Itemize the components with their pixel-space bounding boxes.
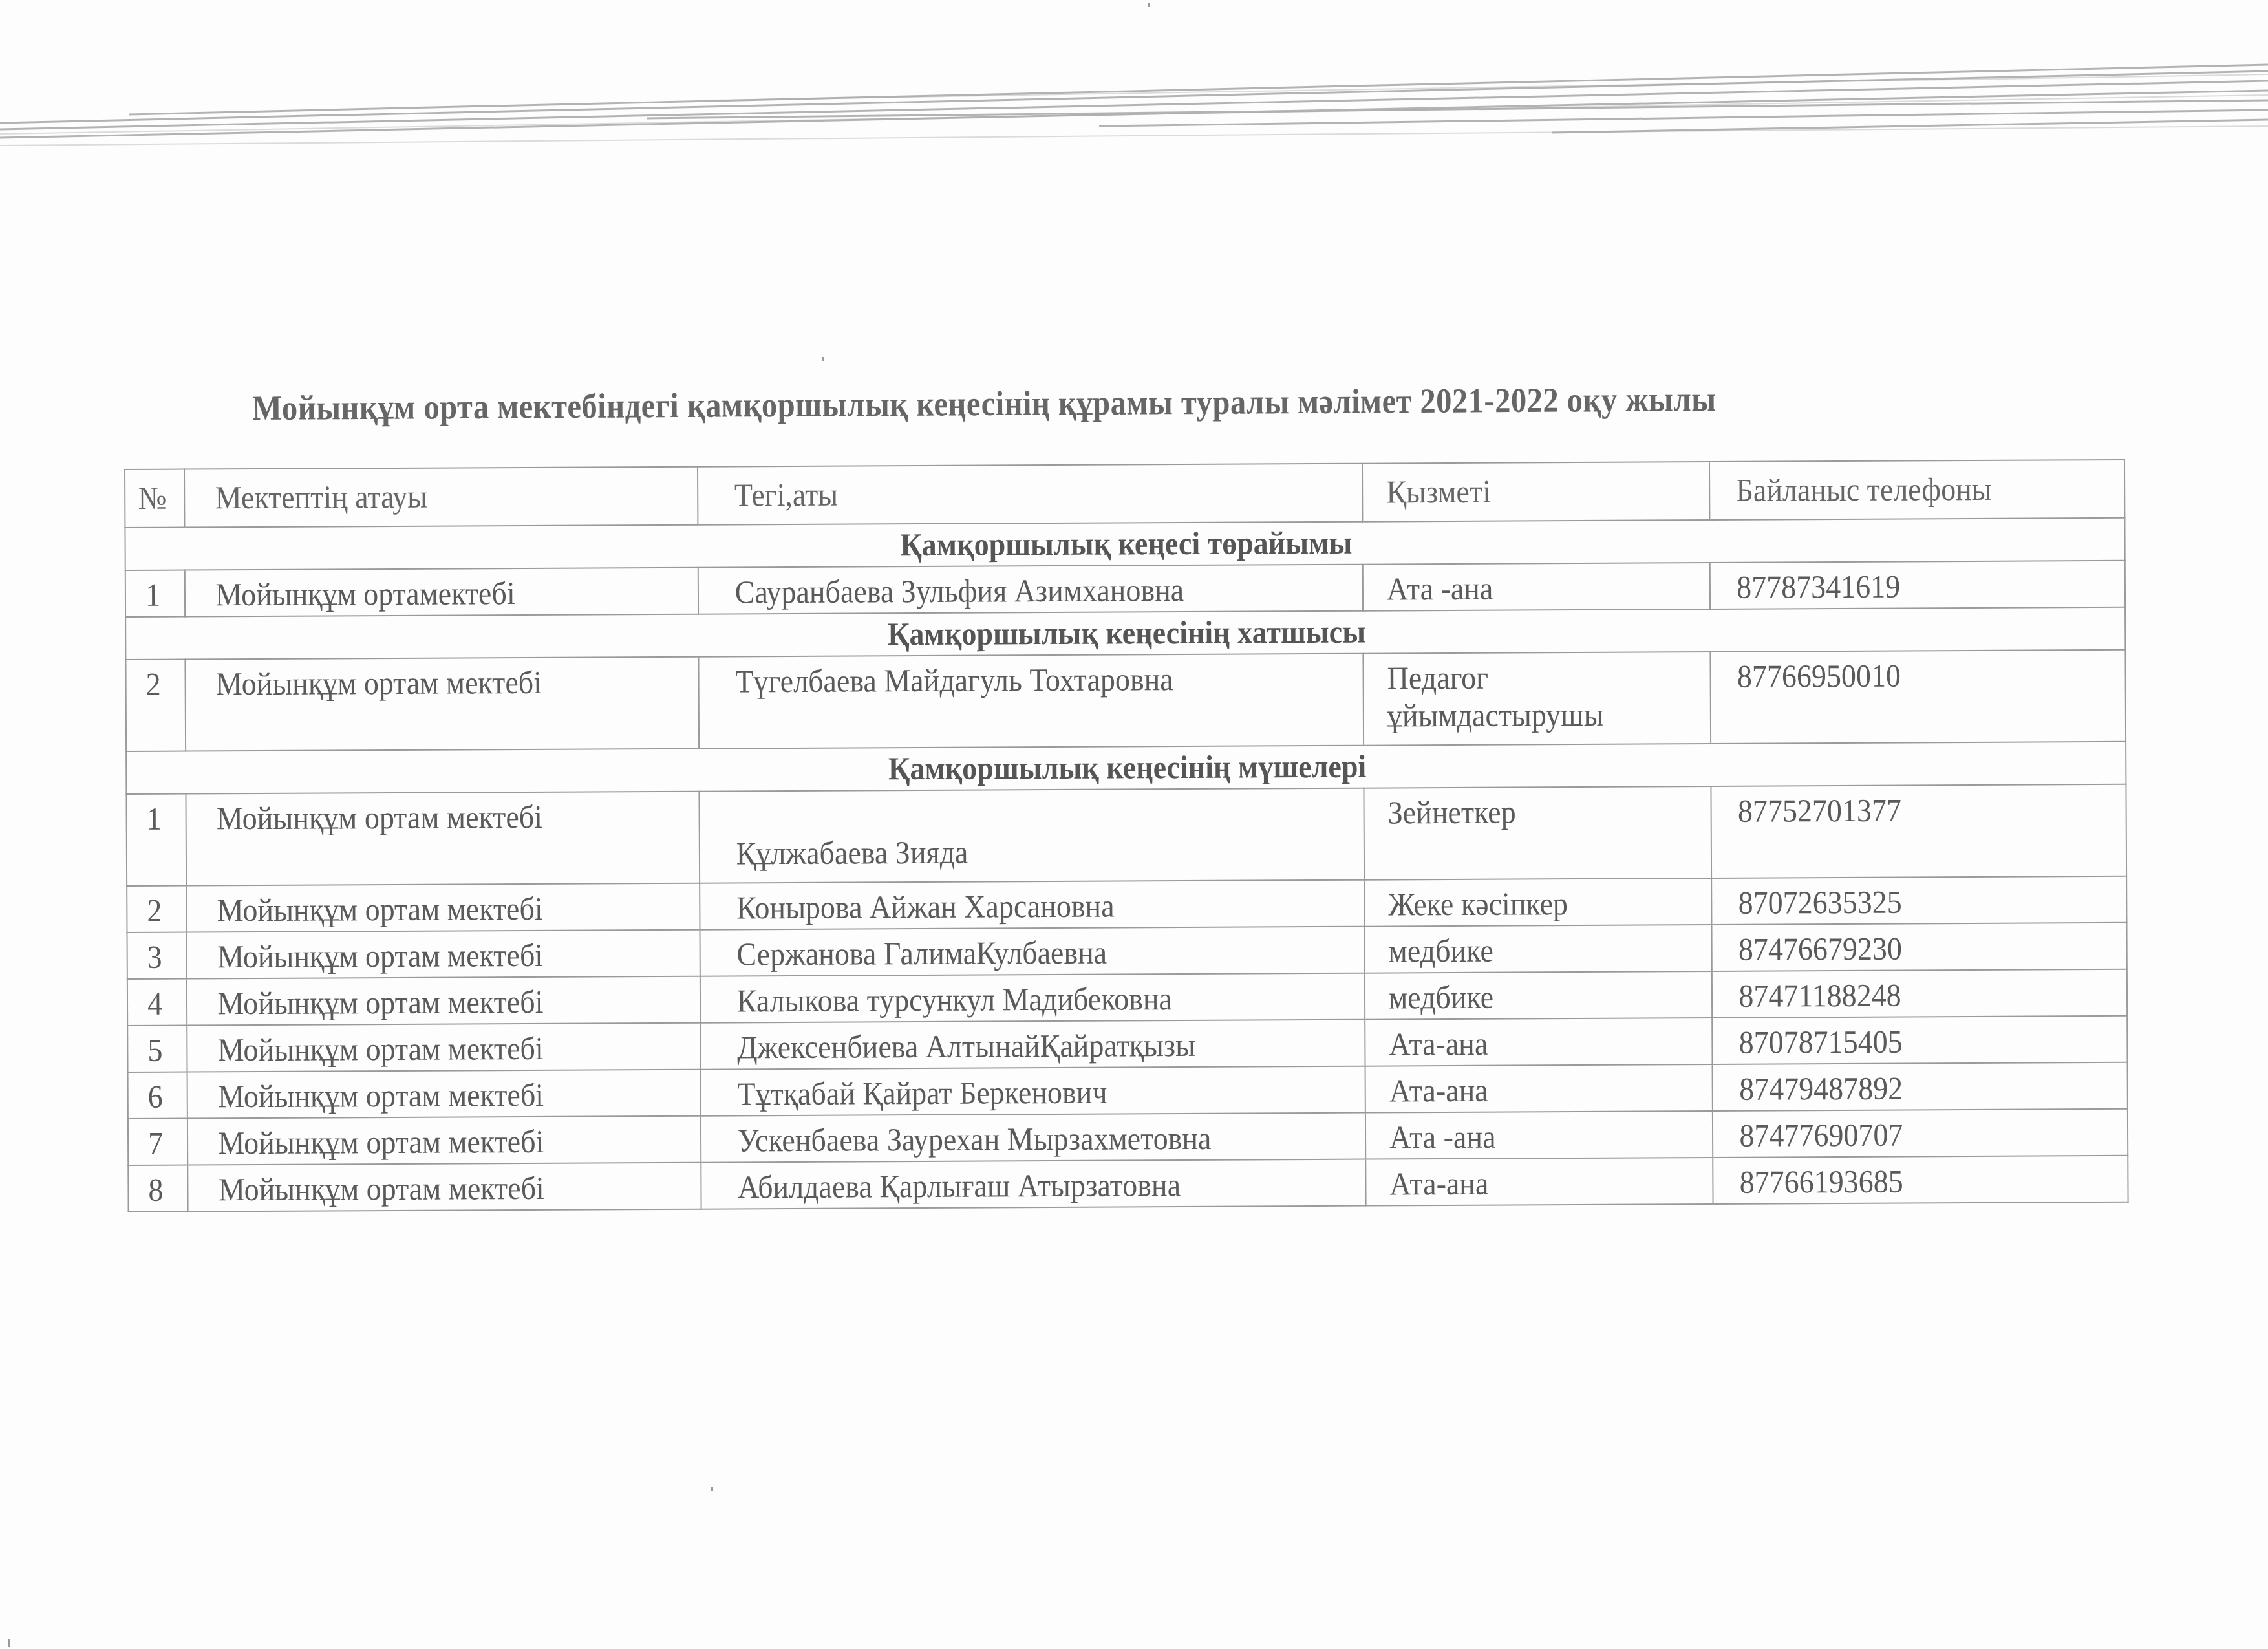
position: Педагог ұйымдастырушы (1377, 652, 1697, 745)
school-name: Мойынқұм ортам мектебі (207, 883, 679, 932)
scan-speck (711, 1487, 713, 1491)
phone-number: 87477690707 (1729, 1109, 2111, 1158)
full-name: Калыкова турсункул Мадибековна (727, 973, 1338, 1023)
school-name: Мойынқұм ортам мектебі (208, 1116, 680, 1165)
phone-number: 87471188248 (1728, 969, 2110, 1018)
school-name: Мойынқұм ортам мектебі (208, 930, 679, 979)
school-name: Мойынқұм ортам мектебі (208, 1023, 679, 1072)
position: Жеке кәсіпкер (1378, 878, 1697, 926)
school-name: Мойынқұм ортамектебі (206, 568, 678, 617)
school-name: Мойынқұм ортам мектебі (208, 1070, 680, 1119)
scan-speck (822, 357, 824, 361)
scan-speck (8, 1639, 10, 1647)
position: Зейнеткер (1378, 786, 1698, 879)
full-name: Абилдаева Қарлығаш Атырзатовна (727, 1159, 1339, 1209)
full-name: Конырова Айжан Харсановна (726, 880, 1338, 930)
row-number: 6 (130, 1072, 185, 1119)
phone-number: 87766193685 (1729, 1156, 2111, 1204)
position: Ата -ана (1379, 1111, 1698, 1159)
full-name: Сауранбаева Зульфия Азимхановна (725, 565, 1336, 614)
phone-number: 87752701377 (1728, 784, 2110, 878)
header-phone: Байланыс телефоны (1726, 460, 2108, 520)
position: Ата-ана (1378, 1018, 1698, 1066)
table-row: 1 Мойынқұм ортам мектебі Құлжабаева Зияд… (126, 784, 2126, 886)
full-name: Джексенбиева АлтынайҚайратқызы (727, 1020, 1338, 1070)
row-number: 1 (129, 794, 184, 886)
document-title: Мойынқұм орта мектебіндегі қамқоршылық к… (252, 378, 1823, 428)
full-name-cell: Құлжабаева Зияда (726, 788, 1338, 883)
row-number: 1 (127, 570, 182, 617)
row-number: 3 (129, 932, 184, 979)
full-name: Ускенбаева Заурехан Мырзахметовна (727, 1113, 1339, 1163)
full-name: Түгелбаева Майдагуль Тохтаровна (725, 654, 1337, 749)
position: медбике (1378, 925, 1698, 973)
position: Ата -ана (1376, 563, 1696, 610)
row-number: 7 (131, 1119, 186, 1165)
row-number: 4 (130, 979, 185, 1026)
school-name: Мойынқұм ортам мектебі (206, 657, 679, 751)
phone-number: 87787341619 (1726, 561, 2108, 609)
full-name: Сержанова ГалимаКулбаевна (727, 927, 1338, 976)
phone-number: 87078715405 (1728, 1016, 2110, 1064)
full-name: Тұтқабай Қайрат Беркенович (727, 1066, 1339, 1116)
scanner-artifact-band (0, 61, 2268, 152)
header-position: Қызметі (1376, 462, 1695, 521)
phone-number: 87766950010 (1727, 650, 2110, 744)
council-members-table: № Мектептің атауы Тегі,аты Қызметі Байла… (124, 459, 2129, 1212)
row-number: 2 (128, 660, 184, 751)
phone-number: 87479487892 (1729, 1062, 2111, 1111)
phone-number: 87476679230 (1728, 923, 2110, 971)
position: Ата-ана (1379, 1064, 1698, 1112)
table-row: 2 Мойынқұм ортам мектебі Түгелбаева Майд… (125, 650, 2126, 751)
row-number: 2 (129, 886, 184, 932)
table-row: 8 Мойынқұм ортам мектебі Абилдаева Қарлы… (128, 1156, 2128, 1212)
school-name: Мойынқұм ортам мектебі (208, 976, 679, 1026)
scan-speck (1148, 3, 1150, 7)
school-name: Мойынқұм ортам мектебі (208, 1163, 680, 1212)
position: медбике (1378, 971, 1698, 1019)
table-header-row: № Мектептің атауы Тегі,аты Қызметі Байла… (125, 460, 2124, 528)
header-number: № (127, 469, 182, 528)
row-number: 8 (131, 1165, 186, 1212)
position: Ата-ана (1379, 1158, 1698, 1205)
row-number: 5 (130, 1026, 185, 1072)
phone-number: 87072635325 (1728, 876, 2110, 925)
header-full-name: Тегі,аты (724, 464, 1336, 525)
header-school-name: Мектептің атауы (205, 467, 678, 528)
full-name: Құлжабаева Зияда (736, 832, 1329, 872)
school-name: Мойынқұм ортам мектебі (207, 792, 679, 886)
